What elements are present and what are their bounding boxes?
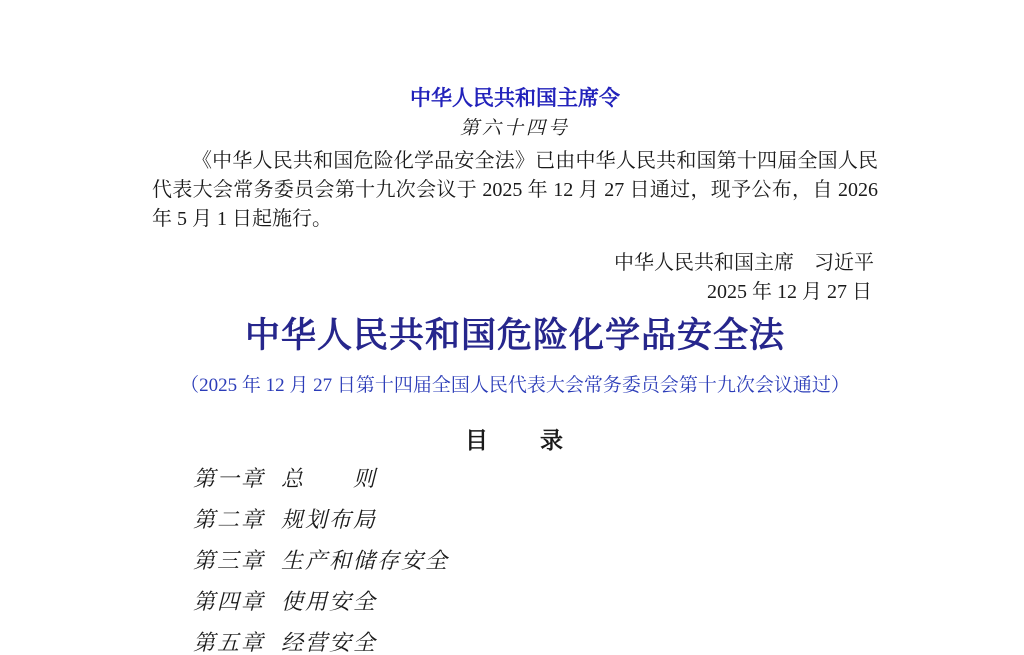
decree-number: 第六十四号	[152, 116, 878, 142]
toc-chapter-title: 使用安全	[281, 589, 377, 614]
toc-chapter-title: 生产和储存安全	[281, 548, 449, 573]
decree-signature: 中华人民共和国主席 习近平	[152, 249, 878, 278]
toc-item: 第五章经营安全	[193, 629, 878, 655]
decree-title: 中华人民共和国主席令	[152, 86, 878, 112]
law-title: 中华人民共和国危险化学品安全法	[152, 315, 878, 357]
toc-item: 第四章使用安全	[193, 588, 878, 616]
toc-chapter-label: 第一章	[193, 466, 265, 491]
toc-heading: 目 录	[152, 427, 878, 455]
toc-chapter-label: 第三章	[193, 548, 265, 573]
decree-date: 2025 年 12 月 27 日	[152, 278, 878, 307]
decree-body-paragraph: 《中华人民共和国危险化学品安全法》已由中华人民共和国第十四届全国人民代表大会常务…	[152, 147, 878, 234]
toc-list: 第一章总 则 第二章规划布局 第三章生产和储存安全 第四章使用安全 第五章经营安…	[193, 465, 878, 655]
toc-chapter-label: 第四章	[193, 589, 265, 614]
toc-item: 第二章规划布局	[193, 506, 878, 534]
document-page: 中华人民共和国主席令 第六十四号 《中华人民共和国危险化学品安全法》已由中华人民…	[152, 0, 878, 655]
toc-item: 第一章总 则	[193, 465, 878, 493]
toc-chapter-title: 规划布局	[281, 507, 377, 532]
law-passage-note: （2025 年 12 月 27 日第十四届全国人民代表大会常务委员会第十九次会议…	[152, 373, 878, 399]
toc-chapter-label: 第二章	[193, 507, 265, 532]
toc-chapter-label: 第五章	[193, 630, 265, 655]
toc-chapter-title: 总 则	[281, 466, 377, 491]
toc-chapter-title: 经营安全	[281, 630, 377, 655]
toc-item: 第三章生产和储存安全	[193, 547, 878, 575]
